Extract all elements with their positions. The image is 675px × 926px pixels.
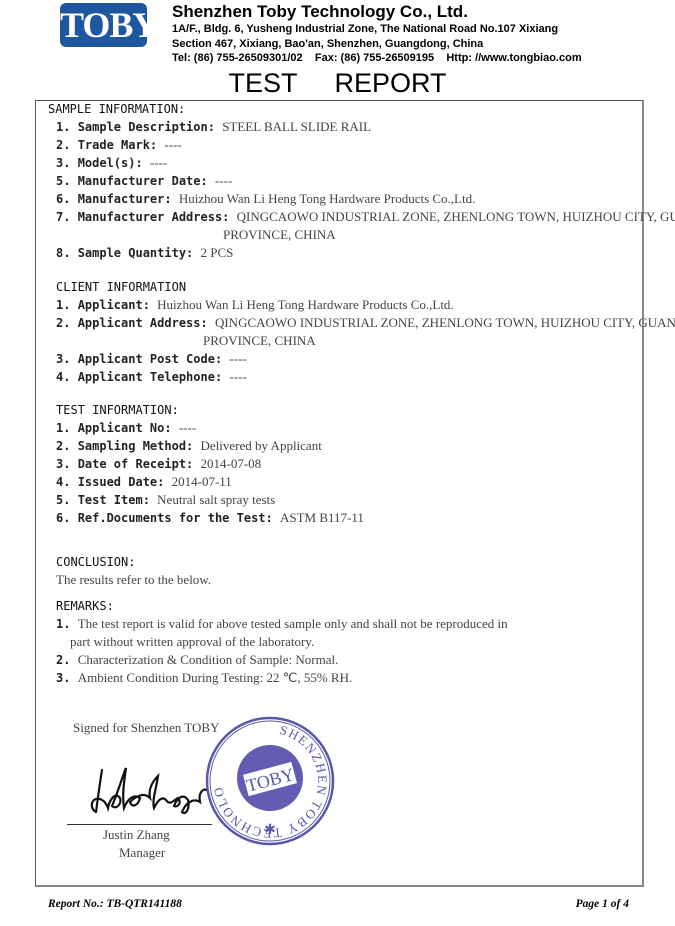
section-heading: REMARKS: (56, 599, 114, 613)
item-number: 1. (56, 298, 78, 312)
item-value: 2014-07-11 (172, 474, 232, 489)
item-value: QINGCAOWO INDUSTRIAL ZONE, ZHENLONG TOWN… (215, 315, 675, 330)
item-number: 1. (56, 120, 78, 134)
remark-text: Ambient Condition During Testing: 22 ℃, … (78, 670, 353, 685)
client-info-item: 4. Applicant Telephone: ---- (56, 368, 247, 386)
item-value: QINGCAOWO INDUSTRIAL ZONE, ZHENLONG TOWN… (237, 209, 675, 224)
company-address-line1: 1A/F., Bldg. 6, Yusheng Industrial Zone,… (172, 22, 582, 37)
report-number: Report No.: TB-QTR141188 (48, 898, 182, 910)
item-number: 3. (56, 671, 78, 685)
item-value-cont: PROVINCE, CHINA (223, 227, 336, 242)
item-value: ---- (179, 420, 196, 435)
company-contact: Tel: (86) 755-26509301/02 Fax: (86) 755-… (172, 51, 582, 66)
item-number: 6. (56, 511, 78, 525)
remark-item: 1. The test report is valid for above te… (56, 615, 508, 633)
item-label: Ref.Documents for the Test: (78, 511, 280, 525)
item-value: STEEL BALL SLIDE RAIL (222, 119, 371, 134)
item-number: 1. (56, 617, 78, 631)
item-value-cont: PROVINCE, CHINA (203, 333, 316, 348)
item-value: Huizhou Wan Li Heng Tong Hardware Produc… (179, 191, 476, 206)
sample-info-item: 1. Sample Description: STEEL BALL SLIDE … (56, 118, 371, 136)
conclusion-text: The results refer to the below. (56, 571, 211, 589)
company-seal-icon: TOBY SHENZHEN TOBY TECHNOLOGY CO., LTD. … (205, 716, 335, 846)
item-label: Sampling Method: (78, 439, 201, 453)
signed-for: Signed for Shenzhen TOBY (73, 719, 219, 737)
item-label: Trade Mark: (78, 138, 165, 152)
remarks-heading: REMARKS: (56, 597, 114, 615)
remark-text: The test report is valid for above teste… (78, 616, 508, 631)
item-number: 4. (56, 370, 78, 384)
item-number: 3. (56, 352, 78, 366)
item-label: Applicant No: (78, 421, 179, 435)
sample-info-item: 5. Manufacturer Date: ---- (56, 172, 232, 190)
item-number: 1. (56, 421, 78, 435)
item-value: 2 PCS (201, 245, 234, 260)
item-value: ---- (164, 137, 181, 152)
item-value: Delivered by Applicant (201, 438, 322, 453)
signature-icon (88, 762, 213, 822)
svg-text:✱: ✱ (264, 823, 276, 838)
item-number: 4. (56, 475, 78, 489)
client-info-heading: CLIENT INFORMATION (56, 278, 186, 296)
page-number: Page 1 of 4 (576, 898, 629, 910)
item-value: 2014-07-08 (201, 456, 262, 471)
item-value: ---- (150, 155, 167, 170)
item-value: ASTM B117-11 (280, 510, 364, 525)
item-value: ---- (215, 173, 232, 188)
conclusion-text: The results refer to the below. (56, 572, 211, 587)
test-info-item: 5. Test Item: Neutral salt spray tests (56, 491, 275, 509)
remark-item: 2. Characterization & Condition of Sampl… (56, 651, 338, 669)
page-title: TEST REPORT (0, 67, 675, 99)
remark-item-cont: part without written approval of the lab… (70, 633, 314, 651)
signature-line (67, 824, 212, 825)
test-info-item: 2. Sampling Method: Delivered by Applica… (56, 437, 322, 455)
test-info-heading: TEST INFORMATION: (56, 401, 179, 419)
company-name: Shenzhen Toby Technology Co., Ltd. (172, 2, 582, 22)
client-info-item: 1. Applicant: Huizhou Wan Li Heng Tong H… (56, 296, 454, 314)
sample-info-heading: SAMPLE INFORMATION: (48, 100, 185, 118)
item-label: Manufacturer: (78, 192, 179, 206)
remark-text-cont: part without written approval of the lab… (70, 634, 314, 649)
item-label: Test Item: (78, 493, 157, 507)
item-label: Date of Receipt: (78, 457, 201, 471)
item-label: Manufacturer Date: (78, 174, 215, 188)
section-heading: SAMPLE INFORMATION: (48, 102, 185, 116)
item-number: 2. (56, 653, 78, 667)
item-label: Sample Description: (78, 120, 223, 134)
signed-for-text: Signed for Shenzhen TOBY (73, 720, 219, 735)
item-label: Manufacturer Address: (78, 210, 237, 224)
signer-role-row: Manager (119, 844, 165, 862)
test-info-item: 6. Ref.Documents for the Test: ASTM B117… (56, 509, 364, 527)
item-number: 5. (56, 174, 78, 188)
company-header: Shenzhen Toby Technology Co., Ltd. 1A/F.… (172, 2, 582, 66)
conclusion-heading: CONCLUSION: (56, 553, 135, 571)
client-info-item: 3. Applicant Post Code: ---- (56, 350, 247, 368)
test-info-item: 4. Issued Date: 2014-07-11 (56, 473, 232, 491)
item-number: 2. (56, 316, 78, 330)
signer-name: Justin Zhang (103, 827, 170, 842)
test-info-item: 3. Date of Receipt: 2014-07-08 (56, 455, 261, 473)
test-info-item: 1. Applicant No: ---- (56, 419, 196, 437)
section-heading: CONCLUSION: (56, 555, 135, 569)
item-label: Issued Date: (78, 475, 172, 489)
item-number: 2. (56, 138, 78, 152)
item-label: Applicant Telephone: (78, 370, 230, 384)
sample-info-item: 8. Sample Quantity: 2 PCS (56, 244, 233, 262)
sample-info-item: 2. Trade Mark: ---- (56, 136, 182, 154)
item-value: ---- (229, 369, 246, 384)
sample-info-item-cont: PROVINCE, CHINA (223, 226, 336, 244)
item-number: 5. (56, 493, 78, 507)
item-label: Model(s): (78, 156, 150, 170)
company-address-line2: Section 467, Xixiang, Bao'an, Shenzhen, … (172, 37, 582, 52)
item-value: ---- (229, 351, 246, 366)
item-number: 6. (56, 192, 78, 206)
signer-role: Manager (119, 845, 165, 860)
item-number: 7. (56, 210, 78, 224)
item-number: 8. (56, 246, 78, 260)
item-number: 3. (56, 457, 78, 471)
company-logo: TOBY (60, 3, 147, 47)
item-number: 3. (56, 156, 78, 170)
signer-name-row: Justin Zhang (103, 826, 170, 844)
section-heading: CLIENT INFORMATION (56, 280, 186, 294)
remark-item: 3. Ambient Condition During Testing: 22 … (56, 669, 352, 687)
section-heading: TEST INFORMATION: (56, 403, 179, 417)
item-label: Applicant: (78, 298, 157, 312)
item-label: Applicant Post Code: (78, 352, 230, 366)
item-value: Huizhou Wan Li Heng Tong Hardware Produc… (157, 297, 454, 312)
item-label: Sample Quantity: (78, 246, 201, 260)
item-number: 2. (56, 439, 78, 453)
item-label: Applicant Address: (78, 316, 215, 330)
client-info-item: 2. Applicant Address: QINGCAOWO INDUSTRI… (56, 314, 675, 332)
sample-info-item: 3. Model(s): ---- (56, 154, 167, 172)
sample-info-item: 7. Manufacturer Address: QINGCAOWO INDUS… (56, 208, 675, 226)
remark-text: Characterization & Condition of Sample: … (78, 652, 339, 667)
client-info-item-cont: PROVINCE, CHINA (203, 332, 316, 350)
item-value: Neutral salt spray tests (157, 492, 275, 507)
sample-info-item: 6. Manufacturer: Huizhou Wan Li Heng Ton… (56, 190, 475, 208)
